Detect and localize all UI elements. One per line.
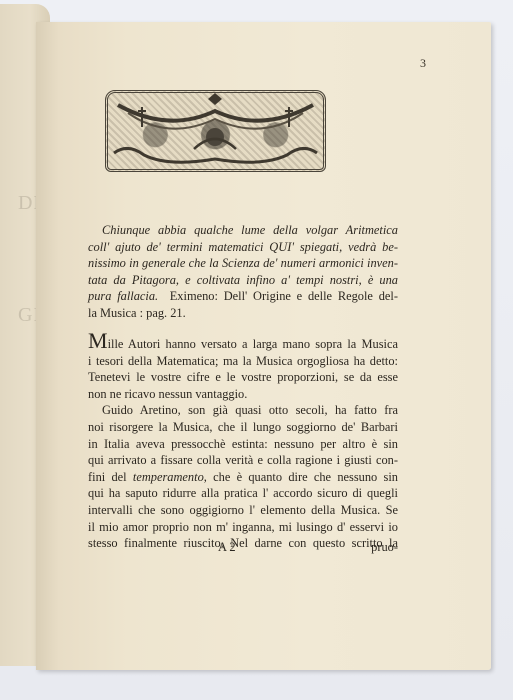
ornament-headpiece-icon	[105, 90, 326, 172]
catchword: pruo-	[371, 540, 398, 555]
epigraph-line: nissimo in generale che la Scienza de' n…	[88, 255, 398, 272]
paragraph-line: fini del temperamento, che è quanto dire…	[88, 469, 398, 486]
paragraph-line: i tesori della Matematica; ma la Musica …	[88, 353, 398, 370]
paragraph-line: noi risorgere la Musica, che il lungo so…	[88, 419, 398, 436]
paragraph-line: qui ha saputo ridurre alla pratica l' ac…	[88, 485, 398, 502]
epigraph-citation: Eximeno: Dell' Origine e delle Regole de…	[170, 289, 398, 303]
epigraph-line: tata da Pitagora, e coltivata infino a' …	[88, 272, 398, 289]
paragraph-line: stesso finalmente riuscito. Nel darne co…	[88, 535, 398, 552]
page-number: 3	[420, 56, 426, 71]
epigraph: Chiunque abbia qualche lume della volgar…	[88, 222, 398, 322]
paragraph-line: Mille Autori hanno versato a larga mano …	[88, 334, 398, 353]
epigraph-line: pura fallacia. Eximeno: Dell' Origine e …	[88, 288, 398, 305]
epigraph-line: coll' ajuto de' termini matematici QUI' …	[88, 239, 398, 256]
signature-mark: A 2	[218, 540, 236, 555]
italic-term: temperamento	[133, 470, 204, 484]
paragraph-line: non ne ricavo nessun vantaggio.	[88, 386, 398, 403]
paragraph-line: Tenetevi le vostre cifre e le vostre pro…	[88, 369, 398, 386]
paragraph-line: in Italia aveva pressocchè estinta: ness…	[88, 436, 398, 453]
paragraph-line: intervalli che sono oggigiorno l' elemen…	[88, 502, 398, 519]
epigraph-line: la Musica : pag. 21.	[88, 305, 398, 322]
dropcap: M	[88, 328, 108, 353]
paragraph-line: Guido Aretino, son già quasi otto secoli…	[88, 402, 398, 419]
paragraph-line: il mio amor proprio non m' inganna, mi l…	[88, 519, 398, 536]
epigraph-line: Chiunque abbia qualche lume della volgar…	[88, 222, 398, 239]
book-page: 3 Chiunque abbia qualche lume della volg…	[36, 22, 491, 670]
paragraph-line: qui arrivato a fissare colla verità e co…	[88, 452, 398, 469]
body-text: Mille Autori hanno versato a larga mano …	[88, 334, 398, 552]
